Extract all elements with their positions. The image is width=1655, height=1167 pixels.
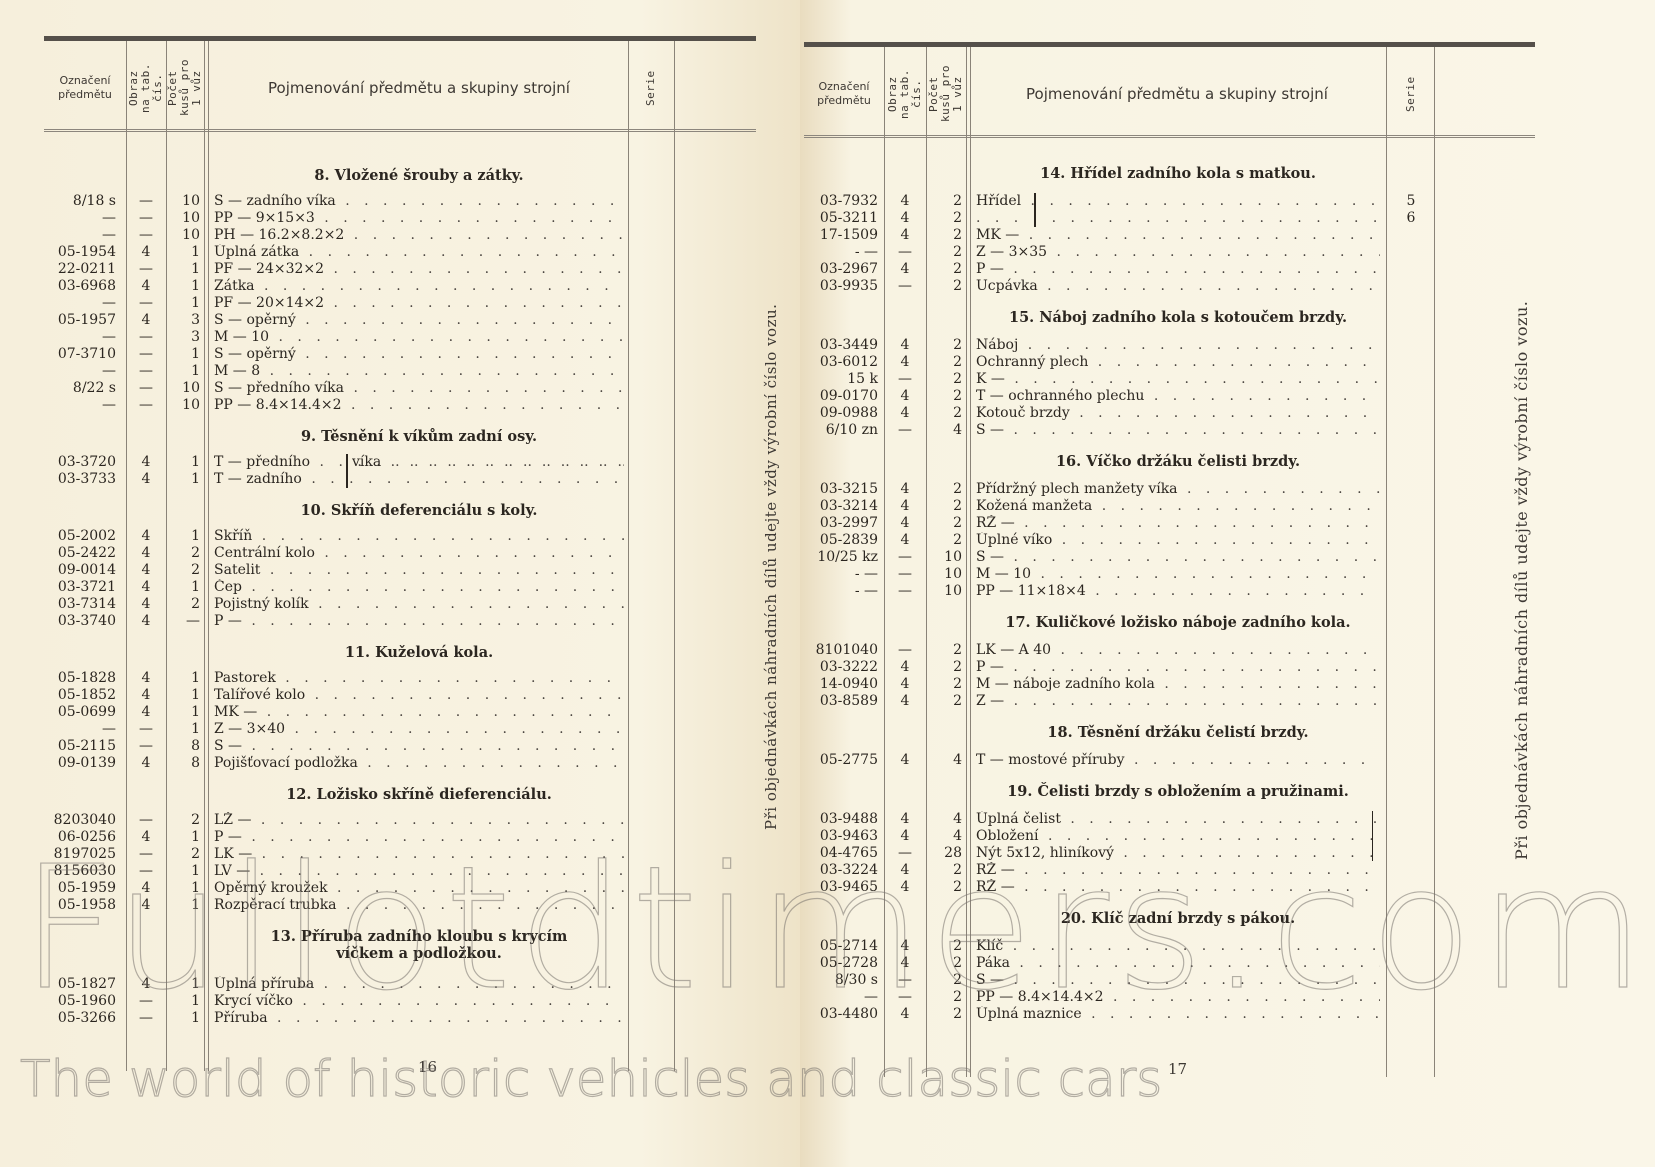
part-name: Čep — [214, 579, 624, 596]
quantity: 1 — [166, 528, 200, 545]
section-title: 8. Vložené šrouby a zátky. — [210, 167, 628, 184]
table-row: 22-0211—1PF — 24×32×2 — [44, 261, 756, 278]
image-ref: — — [126, 329, 166, 346]
part-name: Kotouč brzdy — [976, 405, 1380, 422]
image-ref: — — [884, 422, 926, 439]
image-ref: 4 — [126, 596, 166, 613]
part-code: 8/18 s — [44, 193, 116, 210]
part-name: Úplná zátka — [214, 244, 624, 261]
part-name: T — mostové příruby — [976, 752, 1380, 769]
header-name: Pojmenování předmětu a skupiny strojní — [970, 53, 1384, 135]
part-name: P — — [976, 261, 1380, 278]
quantity: 10 — [166, 397, 200, 414]
header-code: Označení předmětu — [44, 47, 126, 129]
part-code: 6/10 zn — [804, 422, 878, 439]
quantity: 2 — [926, 659, 962, 676]
order-note: Při objednávkách náhradních dílů udejte … — [1512, 220, 1531, 860]
table-row: 03-321542Přídržný plech manžety víka — [804, 481, 1535, 498]
table-row: 09-013948Pojišťovací podložka — [44, 755, 756, 772]
table-row: 09-001442Satelit — [44, 562, 756, 579]
image-ref: 4 — [884, 210, 926, 227]
part-name: M — 10 — [976, 566, 1380, 583]
part-name: Z — 3×40 — [214, 721, 624, 738]
part-name: Pastorek — [214, 670, 624, 687]
quantity: 1 — [166, 244, 200, 261]
part-name: Z — 3×35 — [976, 244, 1380, 261]
quantity: 2 — [926, 227, 962, 244]
part-name: P — — [214, 613, 624, 630]
image-ref: 4 — [884, 515, 926, 532]
part-code: — — [44, 227, 116, 244]
watermark-tagline: The world of historic vehicles and class… — [20, 1050, 1162, 1108]
part-code: - — — [804, 566, 878, 583]
image-ref: 4 — [884, 693, 926, 710]
part-code: 03-9488 — [804, 811, 878, 828]
image-ref: — — [884, 566, 926, 583]
part-code: 22-0211 — [44, 261, 116, 278]
image-ref: 4 — [126, 278, 166, 295]
part-name: S — — [214, 738, 624, 755]
quantity: 10 — [926, 583, 962, 600]
quantity: 2 — [926, 498, 962, 515]
table-row: ——1Z — 3×40 — [44, 721, 756, 738]
quantity: 2 — [926, 532, 962, 549]
part-code: 8101040 — [804, 642, 878, 659]
table-row: 03-373341T — zadního — [44, 471, 756, 488]
image-ref: — — [126, 721, 166, 738]
watermark-site: Fullotdtimers.com — [20, 830, 1651, 1028]
part-name: PP — 8.4×14.4×2 — [214, 397, 624, 414]
part-code: — — [44, 397, 116, 414]
quantity: 2 — [926, 481, 962, 498]
table-row: 05-3211426 — [804, 210, 1535, 227]
image-ref: 4 — [126, 545, 166, 562]
quantity: 2 — [926, 642, 962, 659]
part-code: 03-9935 — [804, 278, 878, 295]
quantity: 1 — [166, 687, 200, 704]
part-code: 10/25 kz — [804, 549, 878, 566]
section-title: 16. Víčko držáku čelisti brzdy. — [972, 453, 1384, 470]
image-ref: 4 — [126, 613, 166, 630]
image-ref: 4 — [884, 676, 926, 693]
table-row: 8101040—2LK — A 40 — [804, 642, 1535, 659]
quantity: 1 — [166, 704, 200, 721]
part-name: PP — 9×15×3 — [214, 210, 624, 227]
quantity: 2 — [926, 388, 962, 405]
part-code: 17-1509 — [804, 227, 878, 244]
image-ref: 4 — [884, 481, 926, 498]
table-row: ——1PF — 20×14×2 — [44, 295, 756, 312]
part-name: S — zadního víka — [214, 193, 624, 210]
section-title: 12. Ložisko skříně dieferenciálu. — [210, 786, 628, 803]
part-code: 03-3214 — [804, 498, 878, 515]
table-row: ——10PH — 16.2×8.2×2 — [44, 227, 756, 244]
header-qty: Počet kusů pro 1 vůz — [926, 53, 966, 135]
section-title: 18. Těsnění držáku čelistí brzdy. — [972, 724, 1384, 741]
part-code: 14-0940 — [804, 676, 878, 693]
image-ref: 4 — [126, 471, 166, 488]
image-ref: 4 — [884, 388, 926, 405]
part-name: PP — 11×18×4 — [976, 583, 1380, 600]
part-name: MK — — [976, 227, 1380, 244]
image-ref: — — [126, 397, 166, 414]
part-name: LŽ — — [214, 812, 624, 829]
image-ref: 4 — [884, 532, 926, 549]
table-row: 03-948844Úplná čelist — [804, 811, 1535, 828]
part-code: 05-2422 — [44, 545, 116, 562]
order-note: Při objednávkách náhradních dílů udejte … — [762, 250, 780, 830]
image-ref: 4 — [884, 405, 926, 422]
image-ref: 4 — [126, 312, 166, 329]
table-row: 05-2115—8S — — [44, 738, 756, 755]
bracket — [1034, 193, 1036, 227]
part-code: 03-3720 — [44, 454, 116, 471]
part-code: 03-2967 — [804, 261, 878, 278]
table-row: 05-185241Talířové kolo — [44, 687, 756, 704]
part-name: Centrální kolo — [214, 545, 624, 562]
image-ref: 4 — [126, 755, 166, 772]
quantity: 1 — [166, 579, 200, 596]
table-row: 03-601242Ochranný plech — [804, 354, 1535, 371]
serie-value: 5 — [1388, 193, 1434, 210]
bracket — [346, 454, 348, 488]
image-ref: 4 — [884, 752, 926, 769]
table-row: 05-200241Skříň — [44, 528, 756, 545]
part-name: Ucpávka — [976, 278, 1380, 295]
image-ref: 4 — [126, 244, 166, 261]
table-row: 8203040—2LŽ — — [44, 812, 756, 829]
part-name: S — opěrný — [214, 312, 624, 329]
part-code: 03-6012 — [804, 354, 878, 371]
part-name: Úplné víko — [976, 532, 1380, 549]
part-name: Přídržný plech manžety víka — [976, 481, 1380, 498]
quantity: 2 — [166, 596, 200, 613]
quantity: 10 — [166, 193, 200, 210]
part-name: S — předního víka — [214, 380, 624, 397]
table-row: 05-069941MK — — [44, 704, 756, 721]
quantity: 1 — [166, 721, 200, 738]
image-ref: 4 — [884, 261, 926, 278]
table-row: 03-322242P — — [804, 659, 1535, 676]
image-ref: — — [126, 363, 166, 380]
quantity: 2 — [926, 405, 962, 422]
part-code: 03-7932 — [804, 193, 878, 210]
part-code: 05-3211 — [804, 210, 878, 227]
part-name: PF — 24×32×2 — [214, 261, 624, 278]
quantity: 1 — [166, 454, 200, 471]
table-row: 05-283942Úplné víko — [804, 532, 1535, 549]
quantity: 1 — [166, 261, 200, 278]
part-name: LK — A 40 — [976, 642, 1380, 659]
table-row: ——3M — 10 — [44, 329, 756, 346]
table-row: 09-098842Kotouč brzdy — [804, 405, 1535, 422]
quantity: 3 — [166, 329, 200, 346]
header-code: Označení předmětu — [804, 53, 884, 135]
table-row: 03-372141Čep — [44, 579, 756, 596]
quantity: 1 — [166, 670, 200, 687]
table-row: ——10PP — 9×15×3 — [44, 210, 756, 227]
page-number: 17 — [1168, 1060, 1187, 1078]
image-ref: 4 — [126, 562, 166, 579]
part-name: K — — [976, 371, 1380, 388]
part-code: — — [44, 295, 116, 312]
image-ref: — — [126, 346, 166, 363]
quantity: 2 — [926, 354, 962, 371]
image-ref: — — [126, 227, 166, 244]
quantity: 1 — [166, 471, 200, 488]
table-row: 03-696841Zátka — [44, 278, 756, 295]
quantity: 10 — [926, 566, 962, 583]
part-code: 07-3710 — [44, 346, 116, 363]
quantity: 2 — [926, 337, 962, 354]
part-name: M — 8 — [214, 363, 624, 380]
part-name: M — náboje zadního kola — [976, 676, 1380, 693]
quantity: 10 — [166, 380, 200, 397]
part-code: 8/22 s — [44, 380, 116, 397]
table-row: 15 k—2K — — [804, 371, 1535, 388]
image-ref: — — [126, 261, 166, 278]
section-title: 10. Skříň deferenciálu s koly. — [210, 502, 628, 519]
table-row: 03-37404—P — — [44, 613, 756, 630]
part-code: 09-0170 — [804, 388, 878, 405]
table-row: 8/18 s—10S — zadního víka — [44, 193, 756, 210]
part-code: 03-3733 — [44, 471, 116, 488]
image-ref: — — [126, 193, 166, 210]
part-name: Z — — [976, 693, 1380, 710]
part-code: 05-1954 — [44, 244, 116, 261]
part-code: 03-8589 — [804, 693, 878, 710]
part-code: — — [44, 363, 116, 380]
part-name: Skříň — [214, 528, 624, 545]
quantity: 2 — [926, 515, 962, 532]
part-code: 09-0014 — [44, 562, 116, 579]
header-serie: Serie — [628, 47, 674, 129]
quantity: 2 — [926, 210, 962, 227]
quantity: 8 — [166, 738, 200, 755]
part-code: - — — [804, 583, 878, 600]
table-row: 03-9935—2Ucpávka — [804, 278, 1535, 295]
image-ref: — — [126, 380, 166, 397]
section-title: 15. Náboj zadního kola s kotoučem brzdy. — [972, 309, 1384, 326]
table-row: 07-3710—1S — opěrný — [44, 346, 756, 363]
table-row: 05-195441Úplná zátka — [44, 244, 756, 261]
part-name: PH — 16.2×8.2×2 — [214, 227, 624, 244]
table-row: 03-858942Z — — [804, 693, 1535, 710]
quantity: 4 — [926, 752, 962, 769]
image-ref: 4 — [884, 659, 926, 676]
quantity: 1 — [166, 346, 200, 363]
part-code: 05-2839 — [804, 532, 878, 549]
part-name-suffix: víka — [352, 454, 624, 471]
part-code: 09-0139 — [44, 755, 116, 772]
table-row: 03-344942Náboj — [804, 337, 1535, 354]
image-ref: 4 — [884, 337, 926, 354]
part-code: — — [44, 721, 116, 738]
quantity: 2 — [926, 193, 962, 210]
header-qty: Počet kusů pro 1 vůz — [166, 47, 204, 129]
quantity: 10 — [166, 227, 200, 244]
quantity: 8 — [166, 755, 200, 772]
image-ref: 4 — [126, 687, 166, 704]
part-name: Náboj — [976, 337, 1380, 354]
quantity: 1 — [166, 363, 200, 380]
image-ref: 4 — [884, 811, 926, 828]
part-name: Pojišťovací podložka — [214, 755, 624, 772]
table-row: - ——2Z — 3×35 — [804, 244, 1535, 261]
part-code: 05-2115 — [44, 738, 116, 755]
part-name: Úplná čelist — [976, 811, 1380, 828]
part-code: 05-1957 — [44, 312, 116, 329]
image-ref: — — [126, 210, 166, 227]
part-code: 05-2002 — [44, 528, 116, 545]
part-name: Hřídel — [976, 193, 1380, 210]
image-ref: 4 — [884, 498, 926, 515]
part-name: Pojistný kolík — [214, 596, 624, 613]
part-name: PF — 20×14×2 — [214, 295, 624, 312]
quantity: 2 — [166, 545, 200, 562]
image-ref: — — [884, 642, 926, 659]
quantity: 2 — [926, 261, 962, 278]
part-code: 03-7314 — [44, 596, 116, 613]
table-row: - ——10M — 10 — [804, 566, 1535, 583]
part-code: 03-3222 — [804, 659, 878, 676]
part-code: — — [44, 329, 116, 346]
part-code: 03-6968 — [44, 278, 116, 295]
image-ref: 4 — [126, 454, 166, 471]
table-row: 05-277544T — mostové příruby — [804, 752, 1535, 769]
image-ref: 4 — [884, 227, 926, 244]
part-name: Satelit — [214, 562, 624, 579]
part-name: Kožená manžeta — [976, 498, 1380, 515]
table-row: 6/10 zn—4S — — [804, 422, 1535, 439]
image-ref: 4 — [126, 670, 166, 687]
part-name: Talířové kolo — [214, 687, 624, 704]
part-code: 03-3449 — [804, 337, 878, 354]
quantity: 10 — [926, 549, 962, 566]
part-name: T — zadního — [214, 471, 624, 488]
image-ref: 4 — [884, 354, 926, 371]
part-code: — — [44, 210, 116, 227]
table-row: 10/25 kz—10S — — [804, 549, 1535, 566]
section-title: 19. Čelisti brzdy s obložením a pružinam… — [972, 783, 1384, 800]
part-code: 03-3740 — [44, 613, 116, 630]
section-title: 14. Hřídel zadního kola s matkou. — [972, 165, 1384, 182]
quantity: 2 — [166, 562, 200, 579]
quantity: 4 — [926, 811, 962, 828]
header-serie: Serie — [1388, 53, 1434, 135]
quantity: 2 — [926, 278, 962, 295]
table-row: 03-299742RŽ — — [804, 515, 1535, 532]
image-ref: — — [884, 244, 926, 261]
table-row: 8/22 s—10S — předního víka — [44, 380, 756, 397]
image-ref: — — [126, 295, 166, 312]
image-ref: 4 — [126, 579, 166, 596]
image-ref: 4 — [126, 528, 166, 545]
image-ref: — — [884, 583, 926, 600]
quantity: 2 — [926, 676, 962, 693]
part-name: Ochranný plech — [976, 354, 1380, 371]
table-row: 17-150942MK — — [804, 227, 1535, 244]
image-ref: — — [884, 549, 926, 566]
quantity: 2 — [166, 812, 200, 829]
part-name: Zátka — [214, 278, 624, 295]
image-ref: — — [884, 278, 926, 295]
table-row: 03-296742P — — [804, 261, 1535, 278]
table-row: 05-242242Centrální kolo — [44, 545, 756, 562]
quantity: 2 — [926, 371, 962, 388]
table-row: ——1M — 8 — [44, 363, 756, 380]
image-ref: — — [126, 738, 166, 755]
part-name: M — 10 — [214, 329, 624, 346]
part-code: 03-3721 — [44, 579, 116, 596]
part-code: 05-0699 — [44, 704, 116, 721]
part-code: 03-3215 — [804, 481, 878, 498]
quantity: 2 — [926, 693, 962, 710]
part-code: 8203040 — [44, 812, 116, 829]
part-name: MK — — [214, 704, 624, 721]
table-row: - ——10PP — 11×18×4 — [804, 583, 1535, 600]
header-image: Obraz na tab. čís. — [884, 53, 926, 135]
table-row: 05-195743S — opěrný — [44, 312, 756, 329]
part-code: 15 k — [804, 371, 878, 388]
part-code: 05-1828 — [44, 670, 116, 687]
table-row: 03-321442Kožená manžeta — [804, 498, 1535, 515]
part-code: 03-2997 — [804, 515, 878, 532]
part-name: S — — [976, 422, 1380, 439]
section-title: 9. Těsnění k víkům zadní osy. — [210, 428, 628, 445]
quantity: 2 — [926, 244, 962, 261]
table-row: 03-372041T — předníhovíka — [44, 454, 756, 471]
part-code: 05-2775 — [804, 752, 878, 769]
section-title: 17. Kuličkové ložisko náboje zadního kol… — [972, 614, 1384, 631]
part-code: 05-1852 — [44, 687, 116, 704]
table-row: 03-731442Pojistný kolík — [44, 596, 756, 613]
header-name: Pojmenování předmětu a skupiny strojní — [210, 47, 628, 129]
table-row: ——10PP — 8.4×14.4×2 — [44, 397, 756, 414]
part-name: RŽ — — [976, 515, 1380, 532]
section-title: 11. Kuželová kola. — [210, 644, 628, 661]
part-name: S — opěrný — [214, 346, 624, 363]
image-ref: 4 — [126, 704, 166, 721]
quantity: — — [166, 613, 200, 630]
image-ref: — — [884, 371, 926, 388]
quantity: 1 — [166, 278, 200, 295]
table-row: 14-094042M — náboje zadního kola — [804, 676, 1535, 693]
header-image: Obraz na tab. čís. — [126, 47, 166, 129]
table-row: 05-182841Pastorek — [44, 670, 756, 687]
serie-value: 6 — [1388, 210, 1434, 227]
quantity: 10 — [166, 210, 200, 227]
part-name: S — — [976, 549, 1380, 566]
part-code: 09-0988 — [804, 405, 878, 422]
part-code: - — — [804, 244, 878, 261]
table-row: 09-017042T — ochranného plechu — [804, 388, 1535, 405]
quantity: 4 — [926, 422, 962, 439]
image-ref: 4 — [884, 193, 926, 210]
image-ref: — — [126, 812, 166, 829]
table-row: 03-793242Hřídel5 — [804, 193, 1535, 210]
quantity: 1 — [166, 295, 200, 312]
part-name: T — ochranného plechu — [976, 388, 1380, 405]
quantity: 3 — [166, 312, 200, 329]
part-name — [976, 210, 1380, 227]
part-name: P — — [976, 659, 1380, 676]
